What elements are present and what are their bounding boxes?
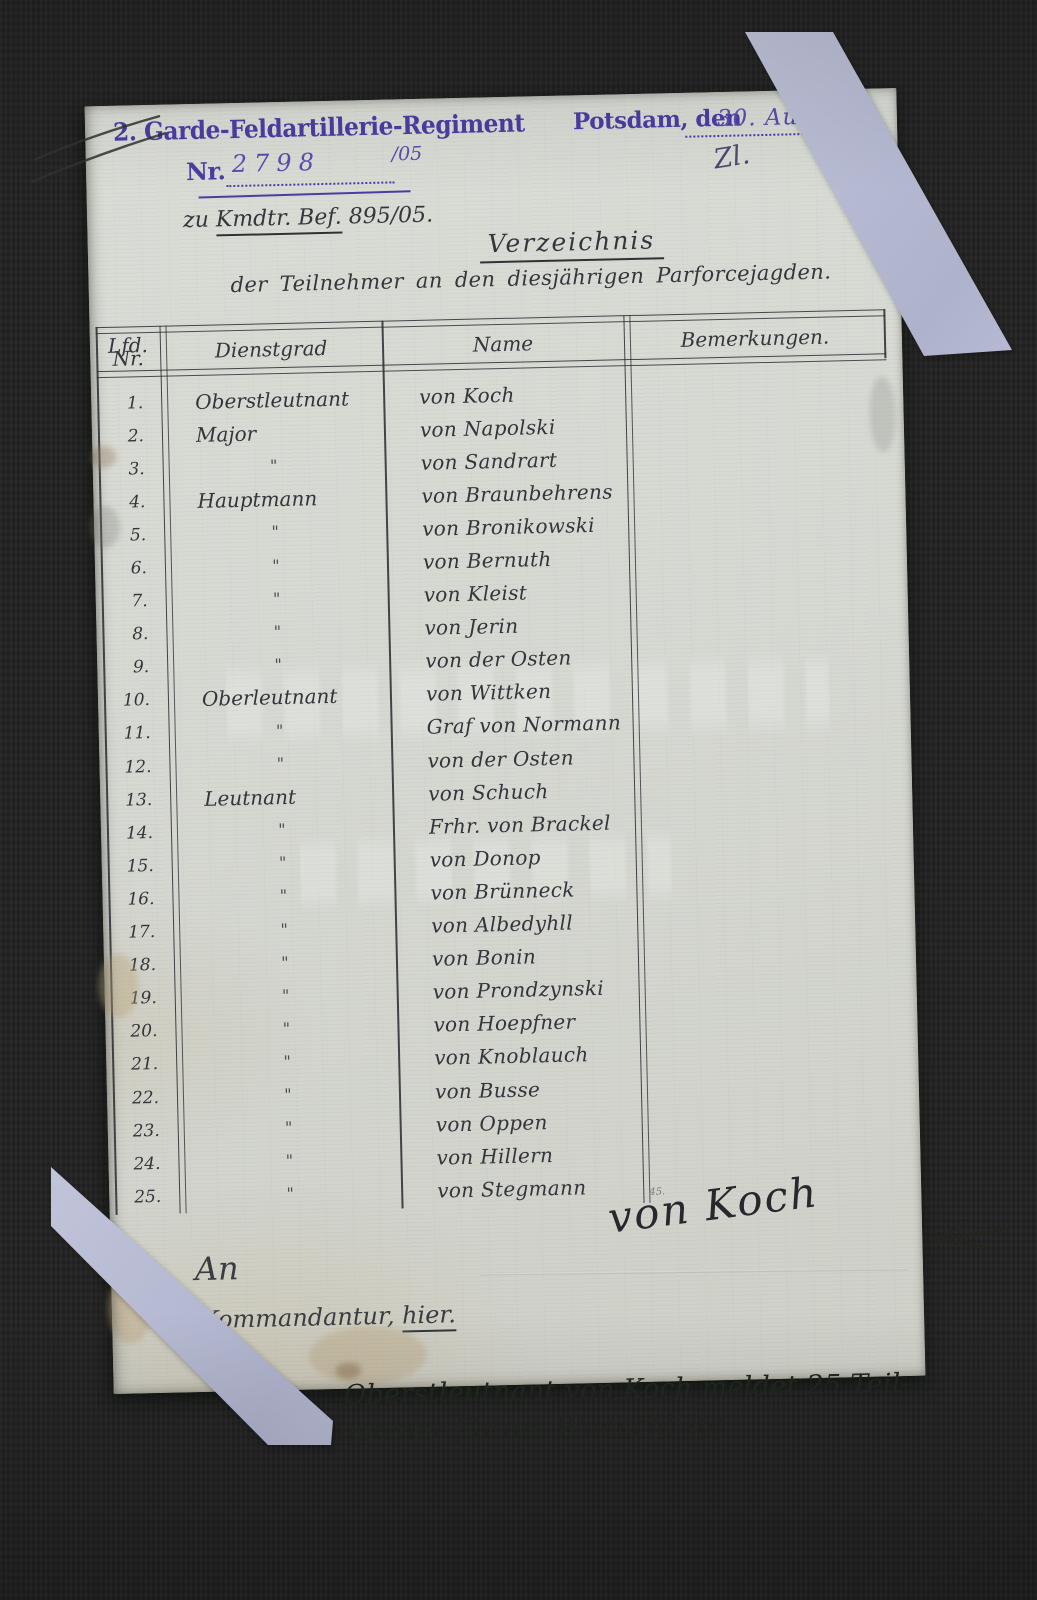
row-name: von Bronikowski <box>386 512 628 541</box>
header-lfd-nr: Lfd. Nr. <box>96 339 161 366</box>
row-name: von Knoblauch <box>398 1041 640 1070</box>
stain <box>335 1362 361 1379</box>
closing-hier-underlined: hier. <box>402 1300 457 1332</box>
row-remarks <box>638 948 900 954</box>
row-rank: " <box>175 1016 397 1040</box>
row-remarks <box>642 1147 904 1153</box>
row-remarks <box>625 386 887 392</box>
row-remarks <box>631 650 893 656</box>
row-name: von Hillern <box>400 1141 642 1170</box>
left-arrow-mark <box>922 1208 1017 1258</box>
row-number: 5. <box>100 525 164 546</box>
row-number: 7. <box>102 591 166 612</box>
row-name: von Wittken <box>390 678 632 707</box>
row-name: von Donop <box>393 843 635 872</box>
row-remarks <box>634 783 896 789</box>
row-name: von Kleist <box>387 578 629 607</box>
row-remarks <box>633 717 895 723</box>
document-subtitle: der Teilnehmer an den diesjährigen Parfo… <box>230 259 831 297</box>
row-name: von Bernuth <box>387 545 629 574</box>
row-rank: " <box>171 818 393 842</box>
row-number: 17. <box>109 922 173 943</box>
row-name: von Koch <box>383 380 625 409</box>
row-name: Frhr. von Brackel <box>393 810 635 839</box>
stain <box>107 1273 153 1344</box>
year-fragment: 05. <box>841 102 878 129</box>
reference-number: 895/05. <box>341 202 433 229</box>
row-rank: Leutnant <box>170 782 392 811</box>
header-name: Name <box>382 329 624 358</box>
row-remarks <box>627 485 889 491</box>
header-dienstgrad: Dienstgrad <box>160 335 382 364</box>
row-rank: " <box>166 619 388 643</box>
row-number: 15. <box>108 855 172 876</box>
row-rank: " <box>178 1116 400 1140</box>
header-bemerkungen: Bemerkungen. <box>624 323 886 353</box>
row-number: 10. <box>104 690 168 711</box>
row-number: 19. <box>111 988 175 1009</box>
row-remarks <box>635 816 897 822</box>
row-number: 6. <box>101 558 165 579</box>
row-name: von Bonin <box>396 942 638 971</box>
row-rank: " <box>169 719 391 743</box>
nr-underline-rule <box>199 190 411 198</box>
row-number: 4. <box>99 492 163 513</box>
row-rank: Major <box>162 418 384 447</box>
row-rank: " <box>179 1182 401 1206</box>
row-rank: " <box>165 553 387 577</box>
row-remarks <box>640 1047 902 1053</box>
row-name: von Brünneck <box>394 876 636 905</box>
row-rank: " <box>166 586 388 610</box>
row-name: von Hoepfner <box>397 1008 639 1037</box>
row-remarks <box>641 1081 903 1087</box>
nr-dotted-rule <box>226 181 394 187</box>
row-remarks <box>637 915 899 921</box>
row-remarks <box>627 452 889 458</box>
row-name: von der Osten <box>391 744 633 773</box>
document-sheet: 2. Garde-Feldartillerie-Regiment Potsdam… <box>84 88 925 1394</box>
row-rank: " <box>177 1083 399 1107</box>
row-rank: " <box>175 983 397 1007</box>
row-number: 9. <box>103 657 167 678</box>
paper-crease <box>479 1268 909 1275</box>
row-number: 14. <box>107 822 171 843</box>
row-number: 16. <box>108 889 172 910</box>
document-title: Verzeichnis <box>479 225 663 263</box>
row-rank: " <box>169 752 391 776</box>
row-rank: " <box>176 1049 398 1073</box>
row-remarks <box>630 617 892 623</box>
row-number: 24. <box>114 1153 178 1174</box>
row-name: von der Osten <box>389 644 631 673</box>
row-remarks <box>639 1014 901 1020</box>
row-number: 12. <box>105 756 169 777</box>
row-rank: " <box>172 884 394 908</box>
row-remarks <box>633 750 895 756</box>
nr-suffix: /05 <box>391 143 422 166</box>
table-body: 1. Oberstleutnant von Koch 2. Major von … <box>97 369 906 1214</box>
row-number: 13. <box>106 789 170 810</box>
row-name: von Schuch <box>392 777 634 806</box>
closing-kommandantur: der Kommandantur, hier. <box>152 1300 456 1335</box>
row-remarks <box>630 584 892 590</box>
closing-covered-part: der Kommandantur, <box>152 1301 403 1335</box>
row-rank: " <box>174 950 396 974</box>
row-name: Graf von Normann <box>390 711 632 740</box>
row-name: von Busse <box>399 1075 641 1104</box>
row-rank: " <box>172 851 394 875</box>
row-rank: " <box>173 917 395 941</box>
row-rank: " <box>163 454 385 478</box>
participants-table: Lfd. Nr. Dienstgrad Name Bemerkungen. 1.… <box>96 309 906 1215</box>
row-name: von Napolski <box>384 413 626 442</box>
row-rank: " <box>164 520 386 544</box>
row-number: 11. <box>105 723 169 744</box>
row-number: 1. <box>97 392 161 413</box>
row-rank: " <box>178 1149 400 1173</box>
row-name: von Braunbehrens <box>385 479 627 508</box>
nr-label: Nr. <box>186 156 226 186</box>
row-rank: Oberstleutnant <box>161 385 383 414</box>
photograph-of-archival-document: 2. Garde-Feldartillerie-Regiment Potsdam… <box>0 0 1037 1600</box>
row-rank: " <box>167 652 389 676</box>
date-dotted-rule <box>685 132 871 138</box>
row-number: 3. <box>99 458 163 479</box>
row-name: von Sandrart <box>384 446 626 475</box>
nr-handwritten-value: 2798 <box>232 148 322 178</box>
row-name: von Albedyhll <box>395 909 637 938</box>
stain <box>308 1325 427 1386</box>
row-number: 8. <box>102 624 166 645</box>
row-number: 23. <box>114 1120 178 1141</box>
row-remarks <box>632 684 894 690</box>
row-remarks <box>626 419 888 425</box>
file-mark: Zl. <box>712 139 753 175</box>
handwritten-date: 30. Augu <box>717 103 830 132</box>
mat-annotation-line2: nehmer für die Wunschliste <box>338 1409 725 1448</box>
row-rank: Oberleutnant <box>168 683 390 712</box>
row-remarks <box>636 882 898 888</box>
row-number: 25. <box>115 1186 179 1207</box>
row-number: 22. <box>113 1087 177 1108</box>
row-number: 18. <box>110 955 174 976</box>
reference-underlined: Kmdtr. Bef. <box>216 205 342 237</box>
row-remarks <box>639 981 901 987</box>
row-remarks <box>642 1114 904 1120</box>
row-remarks <box>636 849 898 855</box>
closing-an: An <box>194 1249 239 1288</box>
row-number: 2. <box>98 425 162 446</box>
row-remarks <box>628 518 890 524</box>
reference-prefix: zu <box>183 207 216 233</box>
row-number: 20. <box>111 1021 175 1042</box>
pencil-strokes <box>28 102 178 197</box>
row-name: von Jerin <box>388 611 630 640</box>
row-name: von Prondzynski <box>396 975 638 1004</box>
row-rank: Hauptmann <box>163 484 385 513</box>
row-name: von Oppen <box>399 1108 641 1137</box>
row-number: 21. <box>112 1054 176 1075</box>
reference-line: zu Kmdtr. Bef. 895/05. <box>183 202 434 233</box>
row-remarks <box>629 551 891 557</box>
